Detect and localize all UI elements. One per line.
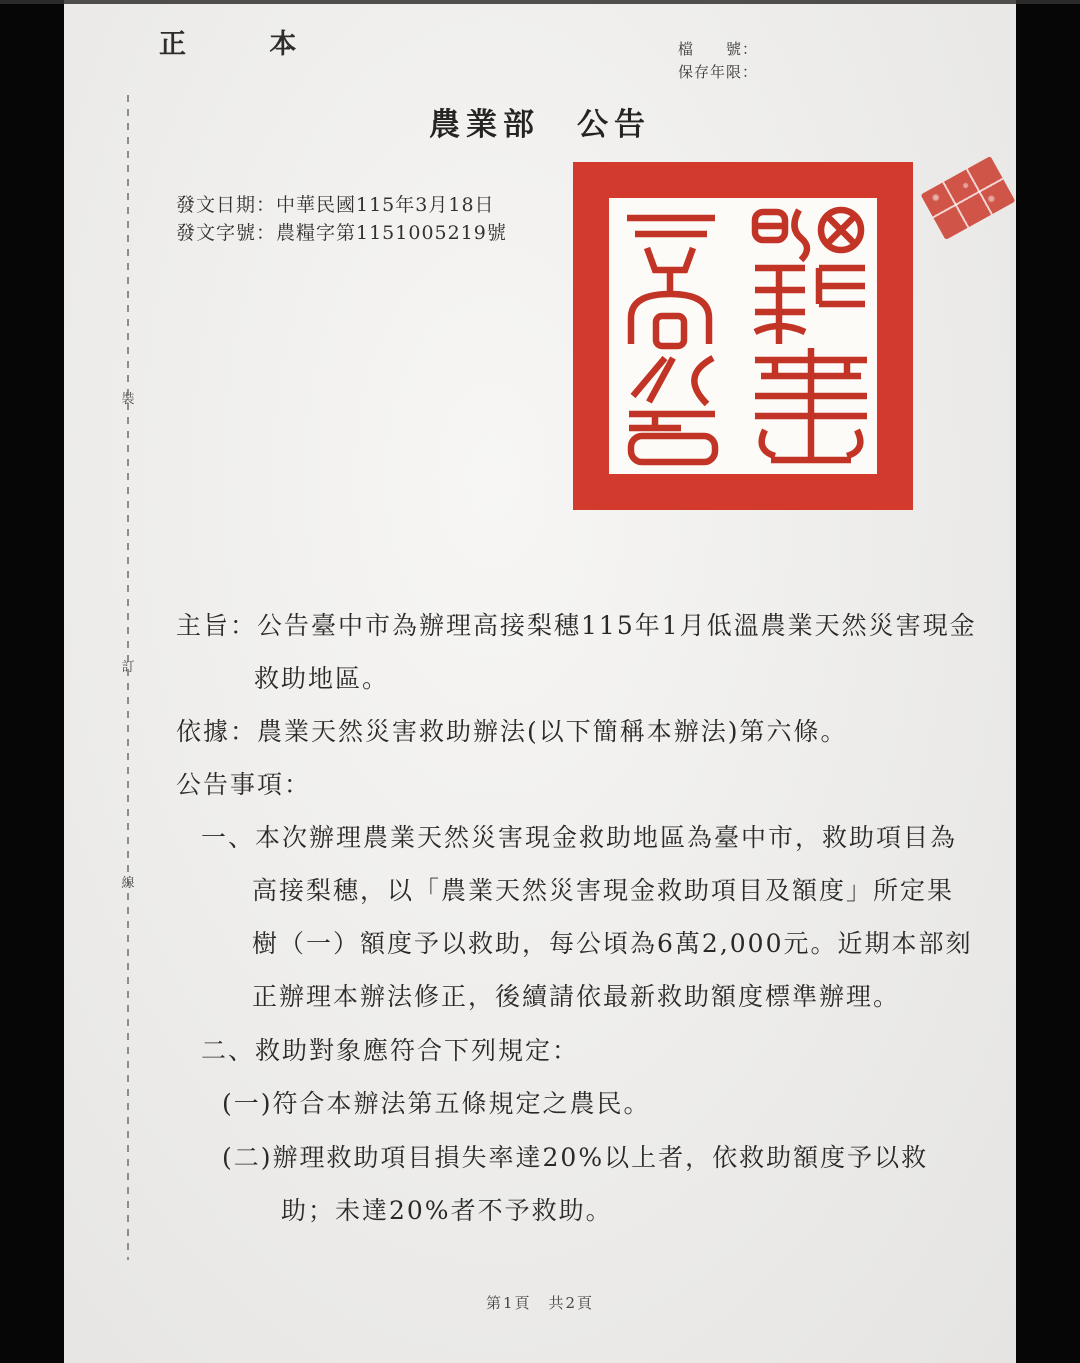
retention-period-label: 保存年限： [678,61,758,84]
subject-line-1: 主旨：公告臺中市為辦理高接梨穗115年1月低溫農業天然災害現金 [176,606,977,642]
subject-line-2: 救助地區。 [254,659,389,695]
scan-edge-strip [0,0,1080,4]
item1-line-3: 樹（一）額度予以救助，每公頃為6萬2,000元。近期本部刻 [252,924,972,960]
document-viewer: 裝 訂 線 正 本 檔 號： 保存年限： 農業部 公告 發文日期：中華民國115… [0,0,1080,1363]
item1-line-4: 正辦理本辦法修正，後續請依最新救助額度標準辦理。 [252,977,900,1013]
copy-type-label: 正 本 [159,22,333,61]
issue-date-line: 發文日期：中華民國115年3月18日 [176,190,495,217]
document-title: 農業部 公告 [64,99,1016,144]
page-number-footer: 第1頁 共2頁 [64,1292,1016,1313]
doc-number-line: 發文字號：農糧字第1151005219號 [176,218,507,245]
binding-dashed-line [127,95,129,1260]
item1-line-2: 高接梨穗，以「農業天然災害現金救助項目及額度」所定果 [252,871,954,907]
legal-basis-line: 依據：農業天然災害救助辦法(以下簡稱本辦法)第六條。 [176,712,848,748]
letterbox-right [1016,0,1080,1363]
item2-sub2-line-1: (二)辦理救助項目損失率達20%以上者，依救助額度予以救 [222,1138,928,1174]
ministry-seal-stamp [573,162,913,510]
announcement-items-header: 公告事項： [176,765,311,801]
binding-mark-ding: 訂 [117,656,139,675]
file-number-label: 檔 號： [678,38,758,61]
binding-mark-zhuang: 裝 [117,388,139,407]
file-number-block: 檔 號： 保存年限： [678,38,758,84]
binding-mark-xian: 線 [117,872,139,891]
seal-script-glyphs [609,198,877,474]
letterbox-left [0,0,64,1363]
item1-line-1: 一、本次辦理農業天然災害現金救助地區為臺中市，救助項目為 [201,818,957,854]
item2-sub2-line-2: 助；未達20%者不予救助。 [281,1191,613,1227]
item2-line: 二、救助對象應符合下列規定： [201,1031,579,1067]
item2-sub1-line: (一)符合本辦法第五條規定之農民。 [222,1084,651,1120]
